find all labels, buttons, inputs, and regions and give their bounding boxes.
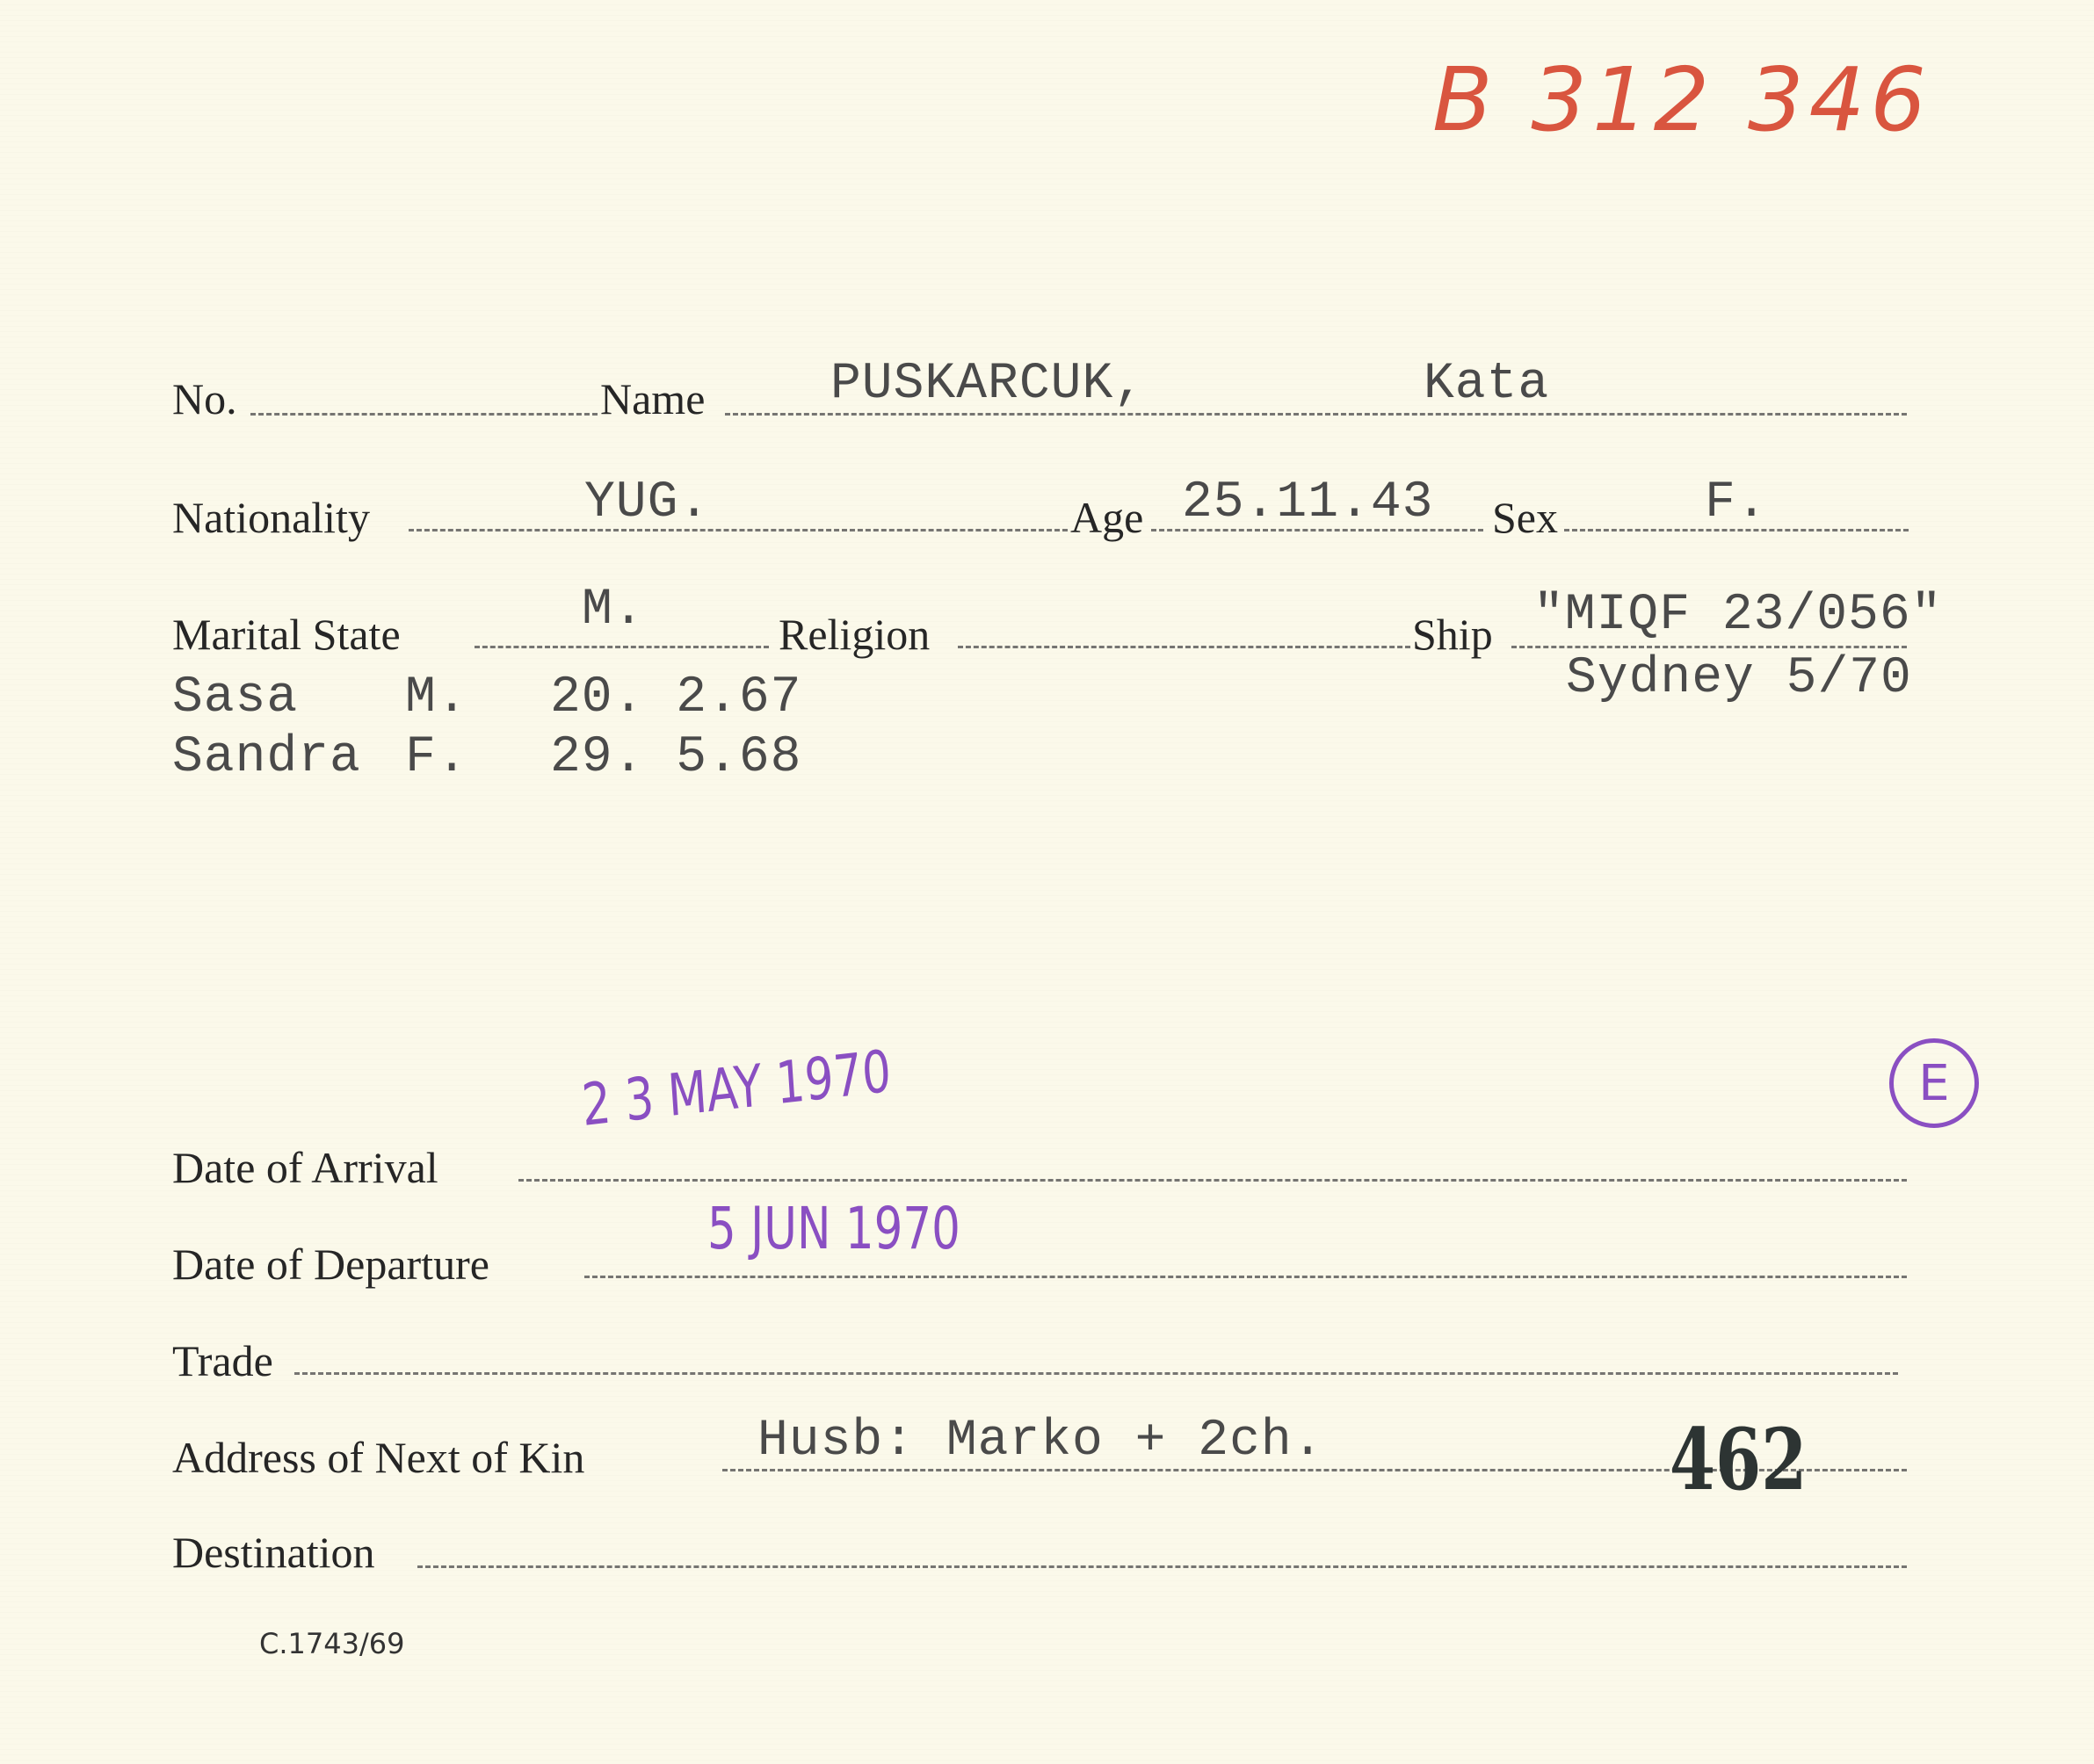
child-row: SasaM.20. 2.67 bbox=[172, 669, 801, 727]
name-line bbox=[725, 413, 1907, 416]
sex-value: F. bbox=[1705, 474, 1768, 531]
sex-label: Sex bbox=[1492, 492, 1558, 543]
serial-number: 462 bbox=[1670, 1410, 1807, 1509]
date-of-arrival-line bbox=[518, 1179, 1907, 1182]
ship-line bbox=[1511, 646, 1907, 648]
nationality-label: Nationality bbox=[172, 492, 370, 543]
marital-state-value: M. bbox=[582, 582, 645, 639]
form-code: C.1743/69 bbox=[259, 1627, 404, 1660]
next-of-kin-label: Address of Next of Kin bbox=[172, 1432, 584, 1483]
name-label: Name bbox=[600, 373, 705, 424]
card-number-handwritten: B 312 346 bbox=[1432, 48, 1931, 151]
child-sex: F. bbox=[405, 729, 550, 786]
child-row: SandraF.29. 5.68 bbox=[172, 729, 801, 786]
destination-line bbox=[417, 1565, 1907, 1568]
destination-label: Destination bbox=[172, 1527, 375, 1578]
marital-state-line bbox=[475, 646, 769, 648]
nationality-line bbox=[409, 529, 1068, 531]
child-dob: 29. 5.68 bbox=[550, 729, 801, 786]
e-circle-stamp: E bbox=[1889, 1038, 1979, 1128]
given-name-value: Kata bbox=[1424, 356, 1549, 413]
child-name: Sasa bbox=[172, 669, 405, 727]
trade-label: Trade bbox=[172, 1335, 273, 1386]
child-dob: 20. 2.67 bbox=[550, 669, 801, 727]
ship-value: "MIQF 23/056" bbox=[1533, 587, 1942, 644]
age-label: Age bbox=[1070, 492, 1143, 543]
child-sex: M. bbox=[405, 669, 550, 727]
date-of-departure-line bbox=[584, 1276, 1907, 1278]
marital-state-label: Marital State bbox=[172, 609, 401, 660]
surname-value: PUSKARCUK, bbox=[830, 356, 1145, 413]
religion-label: Religion bbox=[779, 609, 930, 660]
immigration-card: B 312 346 No. Name PUSKARCUK, Kata Natio… bbox=[0, 0, 2094, 1764]
trade-line bbox=[294, 1372, 1898, 1375]
child-name: Sandra bbox=[172, 729, 405, 786]
no-line bbox=[250, 413, 598, 416]
ship-label: Ship bbox=[1412, 609, 1493, 660]
arrival-date-stamp: 2 3 MAY 1970 bbox=[580, 1037, 894, 1139]
next-of-kin-value: Husb: Marko + 2ch. bbox=[757, 1413, 1324, 1470]
departure-date-stamp: 5 JUN 1970 bbox=[707, 1195, 960, 1262]
age-value: 25.11.43 bbox=[1182, 474, 1433, 531]
religion-line bbox=[958, 646, 1410, 648]
no-label: No. bbox=[172, 373, 237, 424]
nationality-value: YUG. bbox=[584, 474, 710, 531]
ship-arrival-port: Sydney 5/70 bbox=[1566, 650, 1912, 707]
date-of-arrival-label: Date of Arrival bbox=[172, 1142, 438, 1193]
date-of-departure-label: Date of Departure bbox=[172, 1239, 489, 1290]
